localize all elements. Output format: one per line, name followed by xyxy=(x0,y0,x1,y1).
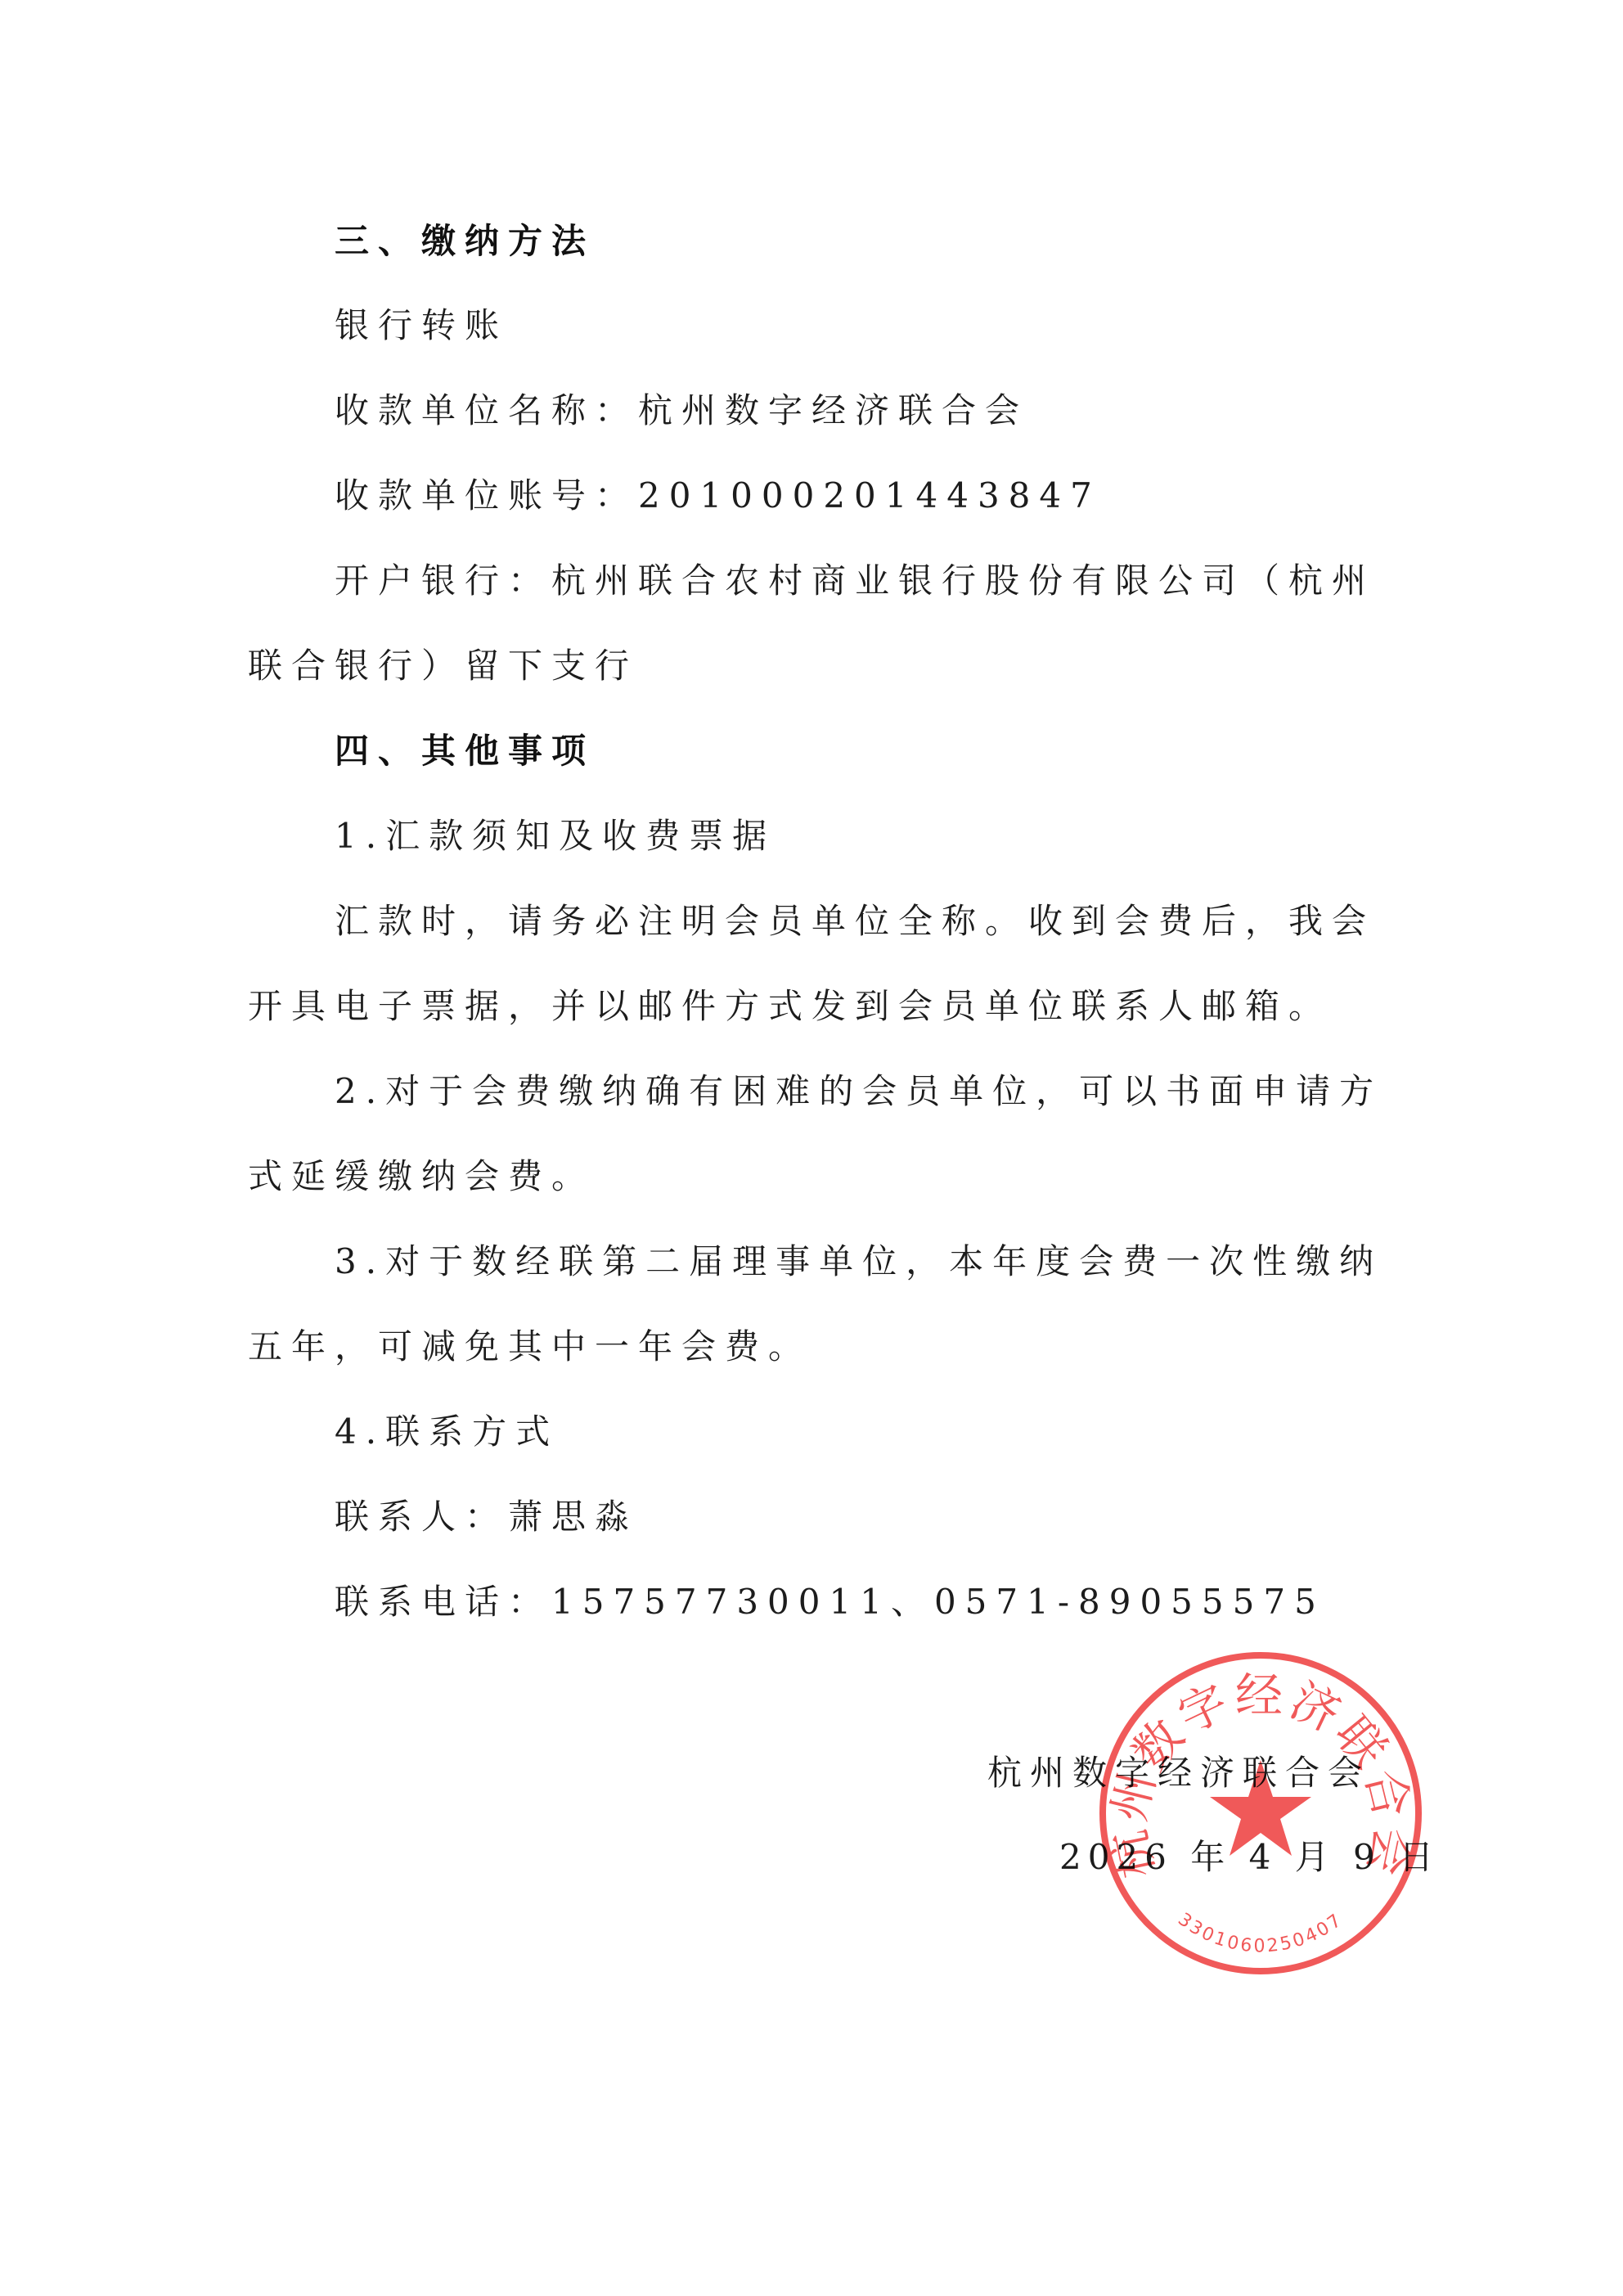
contact-person-line: 联系人：萧思淼 xyxy=(335,1492,1463,1542)
bank-line-1: 开户银行：杭州联合农村商业银行股份有限公司（杭州 xyxy=(335,556,1463,606)
item3-line-2: 五年，可减免其中一年会费。 xyxy=(248,1322,1377,1371)
item2-line-2: 式延缓缴纳会费。 xyxy=(248,1152,1377,1201)
section-heading-other-matters: 四、其他事项 xyxy=(335,727,1463,776)
item2-line-1: 2.对于会费缴纳确有困难的会员单位，可以书面申请方 xyxy=(335,1067,1463,1116)
item4-title: 4.联系方式 xyxy=(335,1407,1463,1456)
document-page: 三、缴纳方法 银行转账 收款单位名称：杭州数字经济联合会 收款单位账号：2010… xyxy=(0,0,1623,2296)
payee-name-line: 收款单位名称：杭州数字经济联合会 xyxy=(335,386,1463,435)
item1-title: 1.汇款须知及收费票据 xyxy=(335,812,1463,861)
official-seal-stamp: 杭州数字经济联合会 3301060250407 xyxy=(1097,1650,1424,1977)
item1-text-line-1: 汇款时，请务必注明会员单位全称。收到会费后，我会 xyxy=(335,897,1463,946)
payee-account-line: 收款单位账号：201000201443847 xyxy=(335,471,1463,520)
item3-line-1: 3.对于数经联第二届理事单位，本年度会费一次性缴纳 xyxy=(335,1237,1463,1286)
star-icon xyxy=(1210,1760,1311,1856)
bank-line-2: 联合银行）留下支行 xyxy=(248,642,1377,691)
item1-text-line-2: 开具电子票据，并以邮件方式发到会员单位联系人邮箱。 xyxy=(248,982,1377,1031)
payment-method-text: 银行转账 xyxy=(335,301,1463,350)
contact-phone-line: 联系电话：15757730011、0571-89055575 xyxy=(335,1578,1463,1627)
seal-code: 3301060250407 xyxy=(1174,1909,1347,1956)
section-heading-payment-method: 三、缴纳方法 xyxy=(335,217,1463,266)
